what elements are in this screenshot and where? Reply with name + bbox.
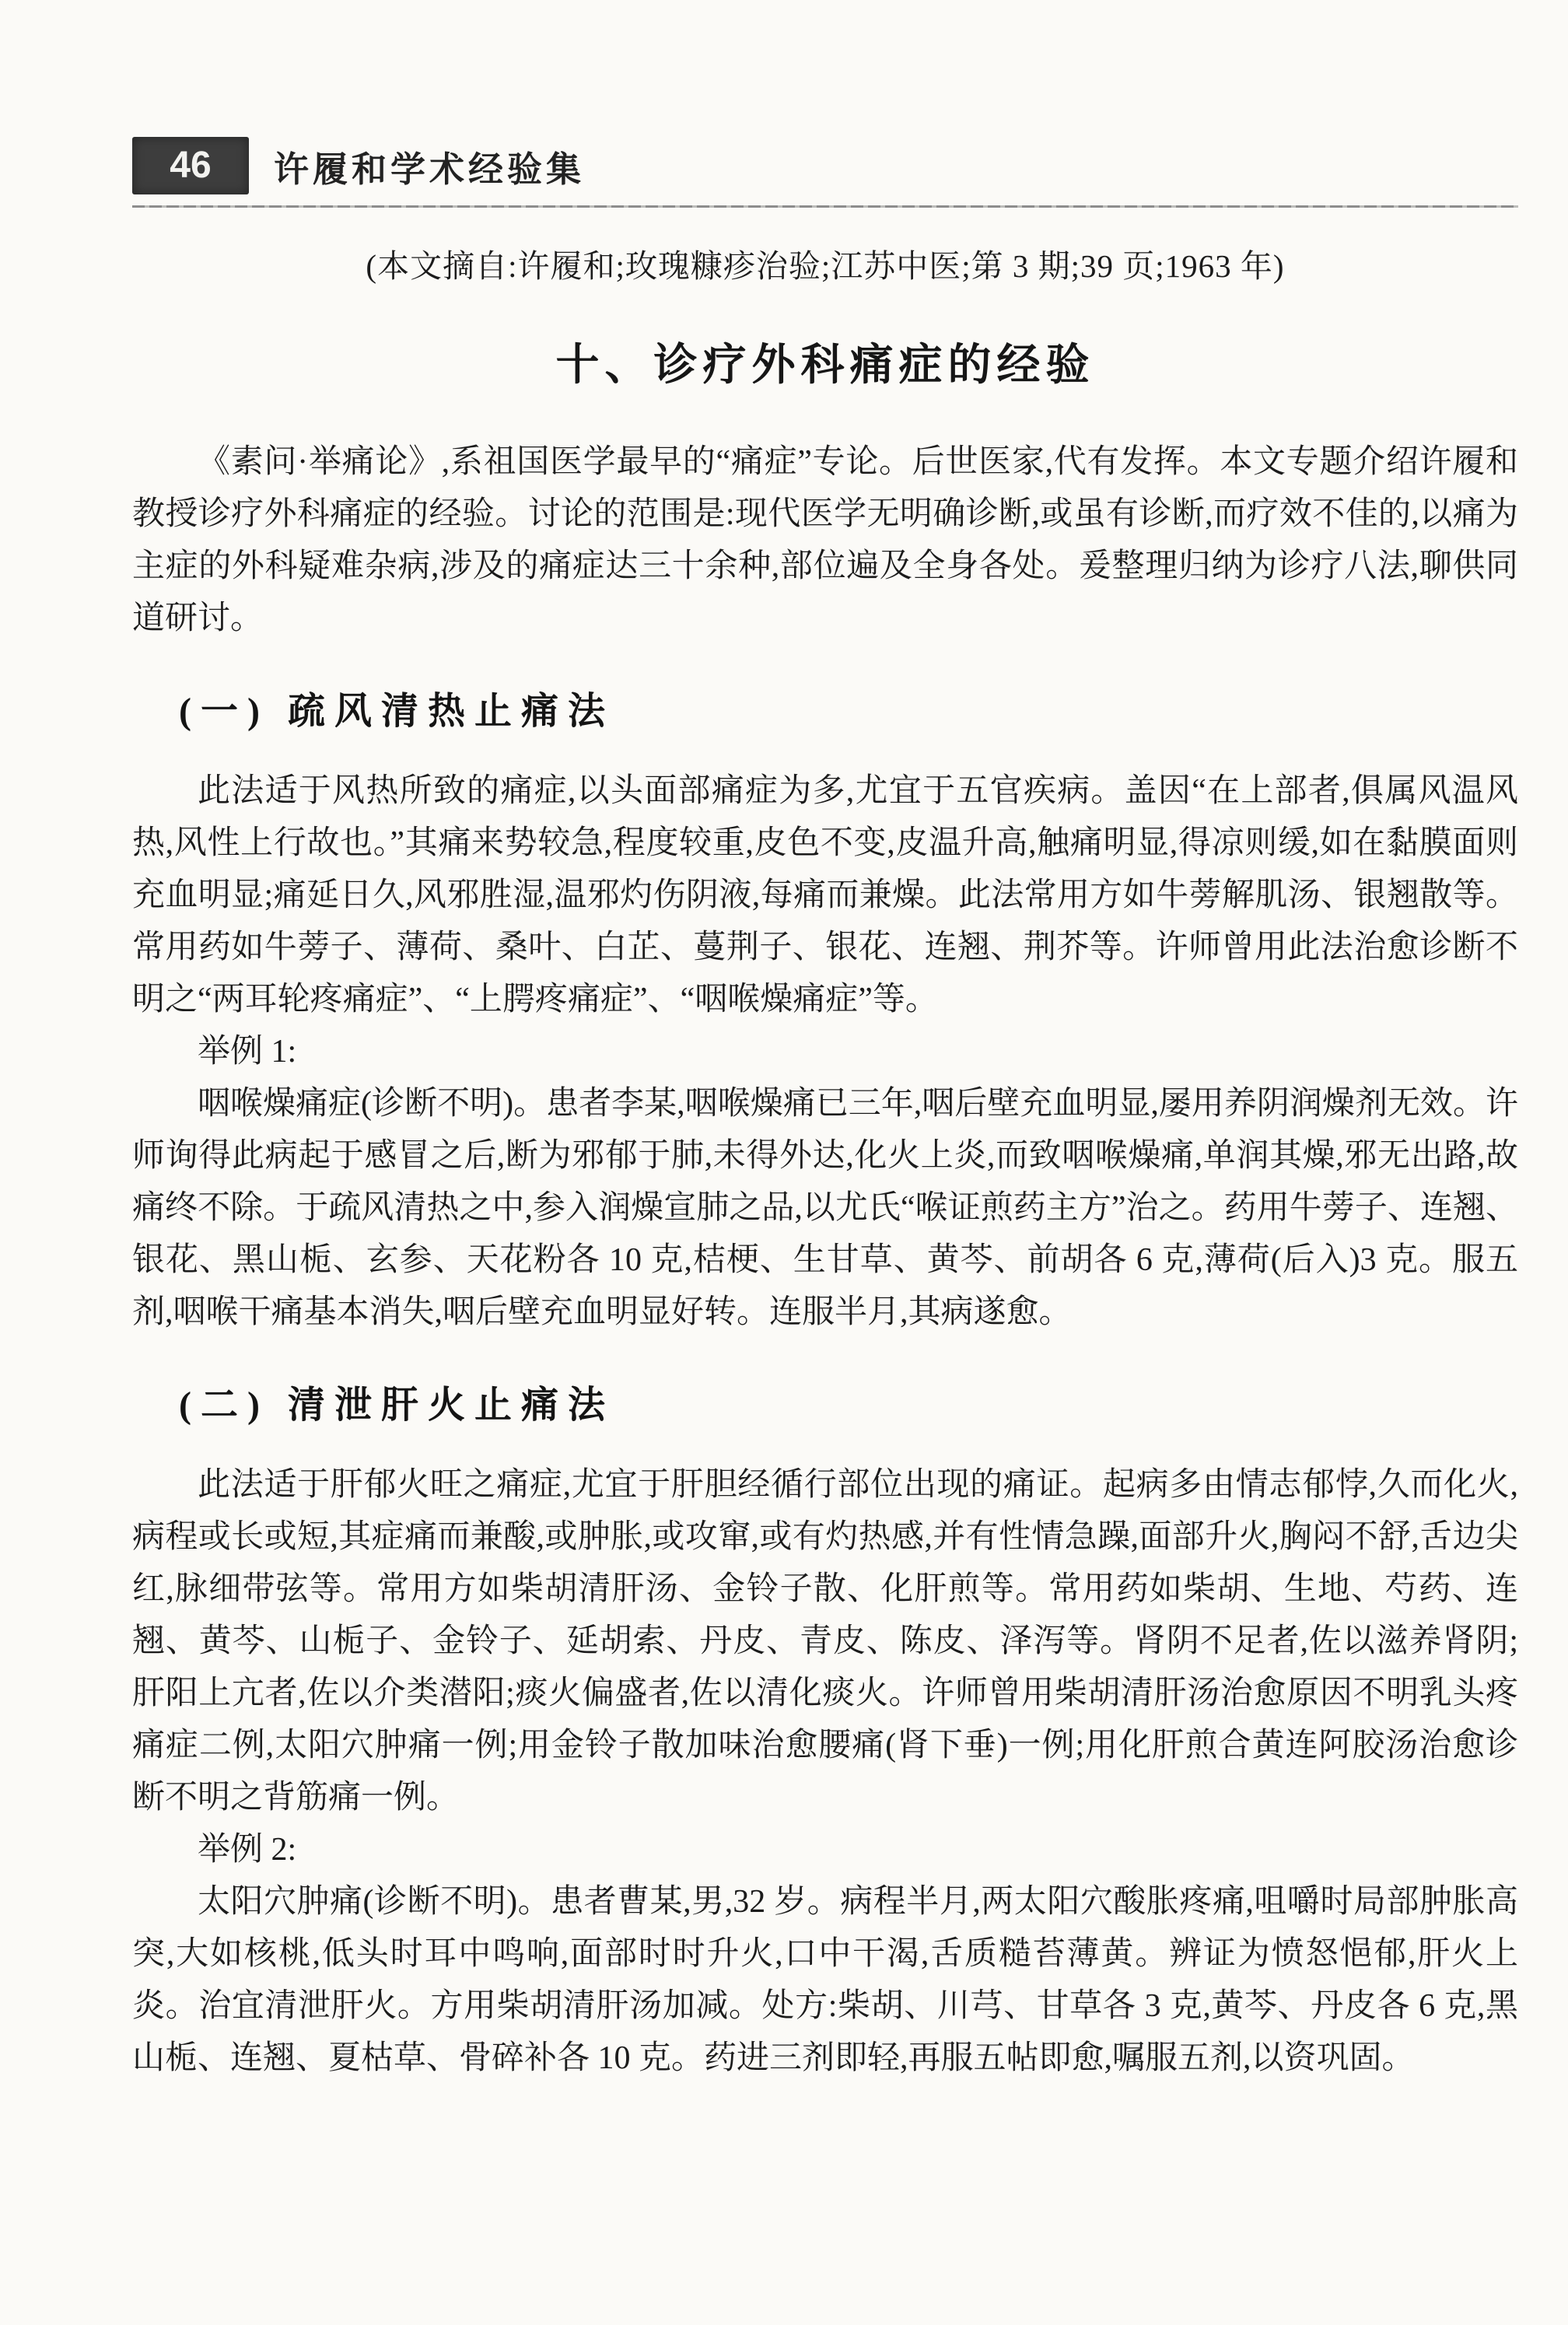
page-number-badge: 46 [132,137,249,194]
section-1-body: 此法适于风热所致的痛症,以头面部痛症为多,尤宜于五官疾病。盖因“在上部者,俱属风… [132,765,1518,1026]
page-content: 46 许履和学术经验集 (本文摘自:许履和;玫瑰糠疹治验;江苏中医;第 3 期;… [132,0,1518,2085]
header-rule [132,205,1518,208]
source-citation: (本文摘自:许履和;玫瑰糠疹治验;江苏中医;第 3 期;39 页;1963 年) [132,243,1518,289]
section-2-heading: (二) 清泄肝火止痛法 [179,1374,1518,1428]
page-header: 46 许履和学术经验集 [132,0,1518,194]
section-1-case-paragraph: 咽喉燥痛症(诊断不明)。患者李某,咽喉燥痛已三年,咽后壁充血明显,屡用养阴润燥剂… [132,1078,1518,1339]
section-2-case-paragraph: 太阳穴肿痛(诊断不明)。患者曹某,男,32 岁。病程半月,两太阳穴酸胀疼痛,咀嚼… [132,1876,1518,2085]
section-1-heading: (一) 疏风清热止痛法 [179,681,1518,734]
book-page: 46 许履和学术经验集 (本文摘自:许履和;玫瑰糠疹治验;江苏中医;第 3 期;… [0,0,1568,2325]
book-title: 许履和学术经验集 [274,141,585,191]
section-1-example-label: 举例 1: [132,1026,1518,1078]
chapter-title: 十、诊疗外科痛症的经验 [132,331,1518,393]
section-2-body: 此法适于肝郁火旺之痛症,尤宜于肝胆经循行部位出现的痛证。起病多由情志郁悖,久而化… [132,1459,1518,1824]
section-2-example-label: 举例 2: [132,1824,1518,1876]
intro-paragraph: 《素问·举痛论》,系祖国医学最早的“痛症”专论。后世医家,代有发挥。本文专题介绍… [132,436,1518,645]
